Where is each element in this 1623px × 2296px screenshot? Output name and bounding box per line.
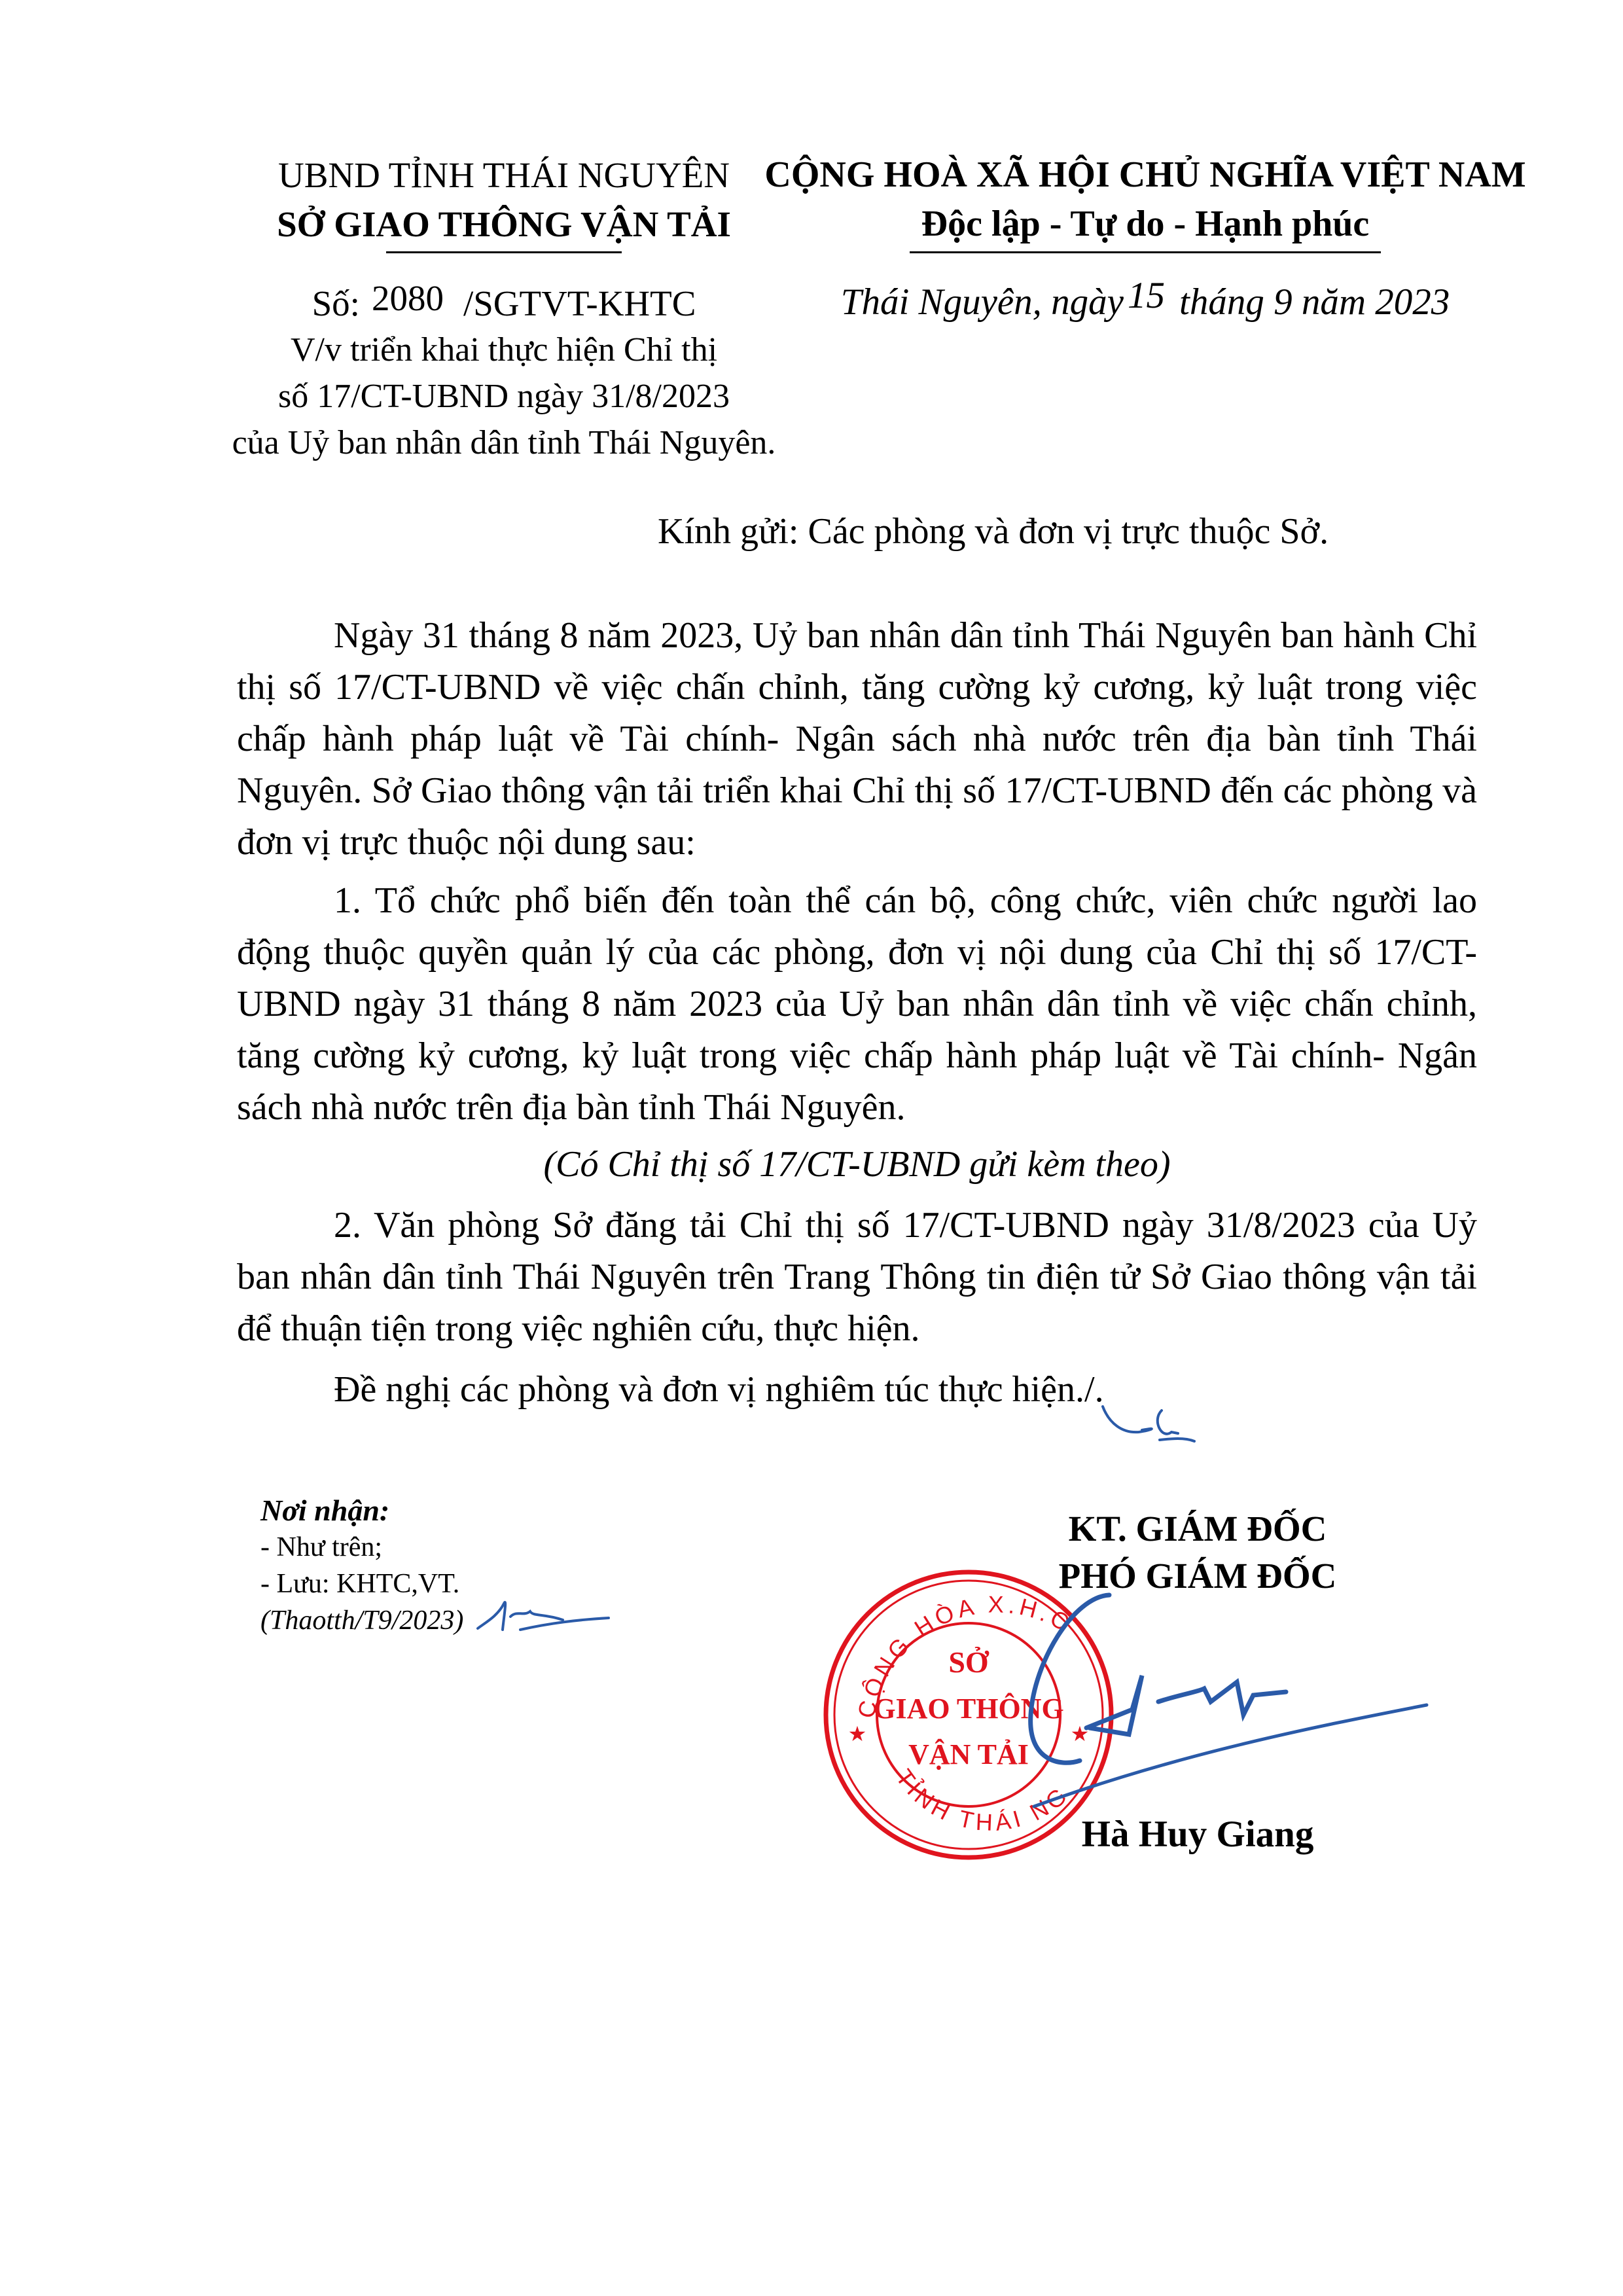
- svg-text:SỞ: SỞ: [948, 1645, 990, 1679]
- svg-text:TỈNH THÁI NGUYÊN: TỈNH THÁI NGUYÊN: [0, 0, 1075, 1836]
- svg-text:VẬN TẢI: VẬN TẢI: [908, 1738, 1029, 1770]
- official-seal-icon: CỘNG HÒA X.H.C.N VIỆT NAM TỈNH THÁI NGUY…: [0, 0, 1111, 1857]
- stamp-and-signatures: CỘNG HÒA X.H.C.N VIỆT NAM TỈNH THÁI NGUY…: [0, 0, 1623, 2296]
- svg-text:CỘNG HÒA X.H.C.N VIỆT NAM: CỘNG HÒA X.H.C.N VIỆT NAM: [0, 0, 1077, 1721]
- initials-signature-icon: [1103, 1407, 1194, 1441]
- director-signature-icon: [1031, 1595, 1427, 1806]
- svg-text:★: ★: [848, 1722, 867, 1746]
- drafter-initials-icon: [478, 1602, 609, 1630]
